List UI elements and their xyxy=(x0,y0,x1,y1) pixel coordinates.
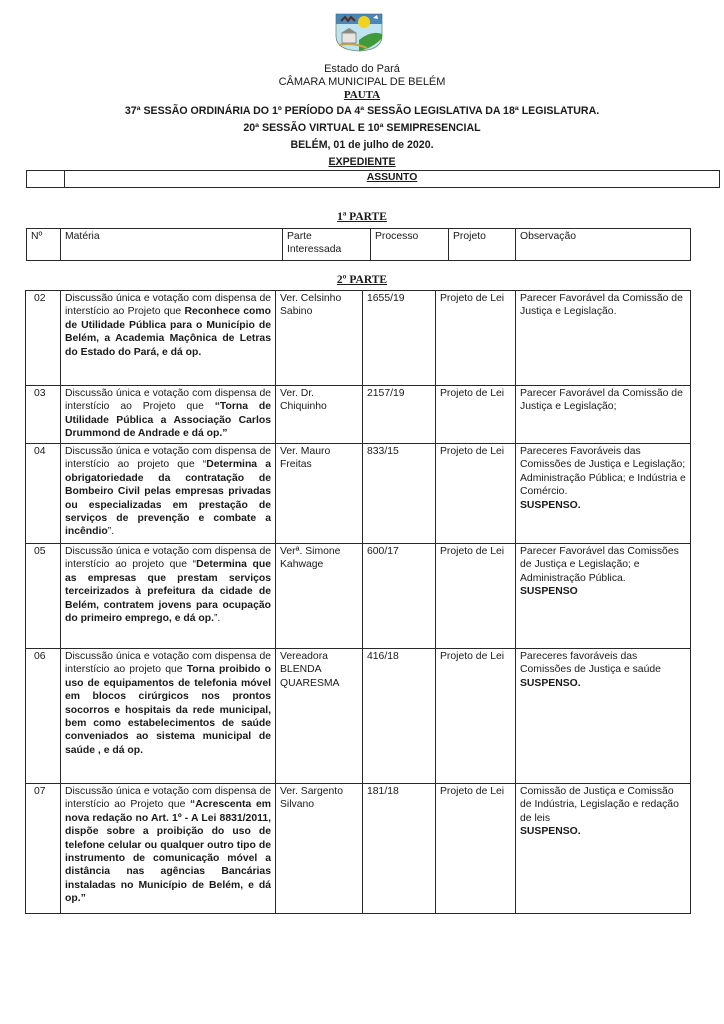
row-observacao: Pareceres favoráveis das Comissões de Ju… xyxy=(516,649,691,784)
row-parte-interessada: Ver. Sargento Silvano xyxy=(276,784,363,914)
materia-tail: ”. xyxy=(108,526,114,537)
col-header-num: Nº xyxy=(27,229,61,261)
col-header-projeto: Projeto xyxy=(449,229,516,261)
assunto-header-cell: ASSUNTO xyxy=(65,171,720,188)
row-parte-interessada: Ver. Celsinho Sabino xyxy=(276,291,363,386)
status-badge: SUSPENSO. xyxy=(520,678,581,689)
row-observacao: Parecer Favorável da Comissão de Justiça… xyxy=(516,291,691,386)
col-header-materia: Matéria xyxy=(61,229,283,261)
row-projeto: Projeto de Lei xyxy=(436,444,516,544)
date-line: BELÉM, 01 de julho de 2020. xyxy=(0,138,724,152)
parte1-header-row: Nº Matéria Parte Interessada Processo Pr… xyxy=(27,229,691,261)
assunto-blank-cell xyxy=(27,171,65,188)
row-processo: 833/15 xyxy=(363,444,436,544)
row-parte-interessada: Verª. Simone Kahwage xyxy=(276,544,363,649)
status-badge: SUSPENSO. xyxy=(520,826,581,837)
belem-coat-of-arms-logo xyxy=(333,12,385,52)
row-parte-interessada: Ver. Mauro Freitas xyxy=(276,444,363,544)
row-observacao: Parecer Favorável da Comissão de Justiça… xyxy=(516,386,691,444)
row-number: 03 xyxy=(26,386,61,444)
parte2-title: 2º PARTE xyxy=(0,273,724,287)
session-subtitle: 20ª SESSÃO VIRTUAL E 10ª SEMIPRESENCIAL xyxy=(0,121,724,135)
row-processo: 416/18 xyxy=(363,649,436,784)
status-badge: SUSPENSO xyxy=(520,586,578,597)
table-row: 06 Discussão única e votação com dispens… xyxy=(26,649,691,784)
parte2-table: 02 Discussão única e votação com dispens… xyxy=(25,290,691,914)
materia-bold: Determina a obrigatoriedade da contrataç… xyxy=(65,459,271,537)
row-materia: Discussão única e votação com dispensa d… xyxy=(61,544,276,649)
table-row: 02 Discussão única e votação com dispens… xyxy=(26,291,691,386)
row-observacao: Pareceres Favoráveis das Comissões de Ju… xyxy=(516,444,691,544)
table-row: 04 Discussão única e votação com dispens… xyxy=(26,444,691,544)
materia-bold: Torna proibido o uso de equipamentos de … xyxy=(65,664,271,755)
row-observacao: Comissão de Justiça e Comissão de Indúst… xyxy=(516,784,691,914)
session-line: 37ª SESSÃO ORDINÁRIA DO 1º PERÍODO DA 4ª… xyxy=(0,104,724,118)
row-parte-interessada: Ver. Dr. Chiquinho xyxy=(276,386,363,444)
row-materia: Discussão única e votação com dispensa d… xyxy=(61,444,276,544)
materia-bold: “Acrescenta em nova redação no Art. 1º -… xyxy=(65,799,271,904)
row-observacao: Parecer Favorável das Comissões de Justi… xyxy=(516,544,691,649)
table-row: 07 Discussão única e votação com dispens… xyxy=(26,784,691,914)
row-processo: 600/17 xyxy=(363,544,436,649)
row-number: 06 xyxy=(26,649,61,784)
row-materia: Discussão única e votação com dispensa d… xyxy=(61,291,276,386)
materia-tail: ”. xyxy=(214,613,220,624)
section-expediente: EXPEDIENTE xyxy=(0,155,724,169)
row-projeto: Projeto de Lei xyxy=(436,386,516,444)
row-processo: 1655/19 xyxy=(363,291,436,386)
row-materia: Discussão única e votação com dispensa d… xyxy=(61,784,276,914)
row-projeto: Projeto de Lei xyxy=(436,544,516,649)
row-projeto: Projeto de Lei xyxy=(436,649,516,784)
state-name: Estado do Pará xyxy=(0,62,724,76)
chamber-name: CÂMARA MUNICIPAL DE BELÉM xyxy=(0,75,724,89)
parte1-table: Nº Matéria Parte Interessada Processo Pr… xyxy=(26,228,691,261)
observacao-text: Parecer Favorável das Comissões de Justi… xyxy=(520,546,679,584)
observacao-text: Pareceres favoráveis das Comissões de Ju… xyxy=(520,651,661,675)
observacao-text: Parecer Favorável da Comissão de Justiça… xyxy=(520,388,683,412)
row-number: 04 xyxy=(26,444,61,544)
row-processo: 181/18 xyxy=(363,784,436,914)
col-header-processo: Processo xyxy=(371,229,449,261)
observacao-text: Pareceres Favoráveis das Comissões de Ju… xyxy=(520,446,686,497)
assunto-label: ASSUNTO xyxy=(367,172,418,183)
observacao-text: Comissão de Justiça e Comissão de Indúst… xyxy=(520,786,679,824)
row-parte-interessada: Vereadora BLENDA QUARESMA xyxy=(276,649,363,784)
assunto-table: ASSUNTO xyxy=(26,170,720,188)
parte1-title: 1ª PARTE xyxy=(0,210,724,224)
row-processo: 2157/19 xyxy=(363,386,436,444)
table-row: 05 Discussão única e votação com dispens… xyxy=(26,544,691,649)
row-number: 05 xyxy=(26,544,61,649)
status-badge: SUSPENSO. xyxy=(520,500,581,511)
row-projeto: Projeto de Lei xyxy=(436,784,516,914)
row-materia: Discussão única e votação com dispensa d… xyxy=(61,649,276,784)
observacao-text: Parecer Favorável da Comissão de Justiça… xyxy=(520,293,683,317)
col-header-observacao: Observação xyxy=(516,229,691,261)
col-header-parte: Parte Interessada xyxy=(283,229,371,261)
doc-type-title: PAUTA xyxy=(0,88,724,102)
assunto-row: ASSUNTO xyxy=(27,171,720,188)
row-projeto: Projeto de Lei xyxy=(436,291,516,386)
row-materia: Discussão única e votação com dispensa d… xyxy=(61,386,276,444)
table-row: 03 Discussão única e votação com dispens… xyxy=(26,386,691,444)
row-number: 02 xyxy=(26,291,61,386)
row-number: 07 xyxy=(26,784,61,914)
